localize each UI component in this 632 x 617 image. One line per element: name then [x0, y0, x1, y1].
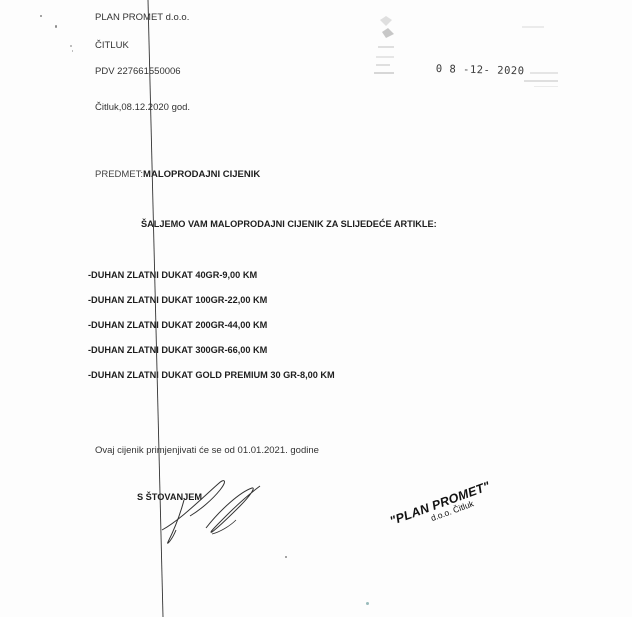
scan-speck [72, 50, 73, 52]
price-item: -DUHAN ZLATNI DUKAT 200GR-44,00 KM [88, 320, 267, 330]
price-item: -DUHAN ZLATNI DUKAT GOLD PREMIUM 30 GR-8… [88, 370, 335, 380]
signature-icon [160, 470, 270, 550]
company-city: ČITLUK [95, 40, 129, 51]
company-name: PLAN PROMET d.o.o. [95, 12, 189, 23]
scan-speck [55, 25, 57, 28]
scan-line-artifact [0, 0, 632, 617]
scan-speck [366, 602, 369, 605]
faint-stamp-icon [372, 12, 402, 78]
subject-line: PREDMET:MALOPRODAJNI CIJENIK [95, 169, 260, 180]
vat-number: PDV 227661550006 [95, 66, 181, 77]
price-item: -DUHAN ZLATNI DUKAT 300GR-66,00 KM [88, 345, 267, 355]
subject-label: PREDMET: [95, 169, 143, 180]
document-page: 0 8 -12- 2020 PLAN PROMET d.o.o. ČITLUK … [0, 0, 632, 617]
scan-speck [70, 45, 72, 47]
intro-heading: ŠALJEMO VAM MALOPRODAJNI CIJENIK ZA SLIJ… [141, 219, 437, 229]
subject-value: MALOPRODAJNI CIJENIK [143, 169, 260, 180]
place-date: Čitluk,08.12.2020 god. [95, 102, 190, 113]
price-item: -DUHAN ZLATNI DUKAT 100GR-22,00 KM [88, 295, 267, 305]
scan-speck [285, 556, 287, 558]
company-stamp: "PLAN PROMET" d.o.o. Čitluk [388, 479, 495, 537]
price-item: -DUHAN ZLATNI DUKAT 40GR-9,00 KM [88, 270, 257, 280]
faint-stamp-right-icon [520, 20, 562, 90]
scan-speck [40, 15, 42, 17]
validity-note: Ovaj cijenik primjenjivati će se od 01.0… [95, 445, 319, 456]
received-date-stamp: 0 8 -12- 2020 [436, 63, 525, 77]
